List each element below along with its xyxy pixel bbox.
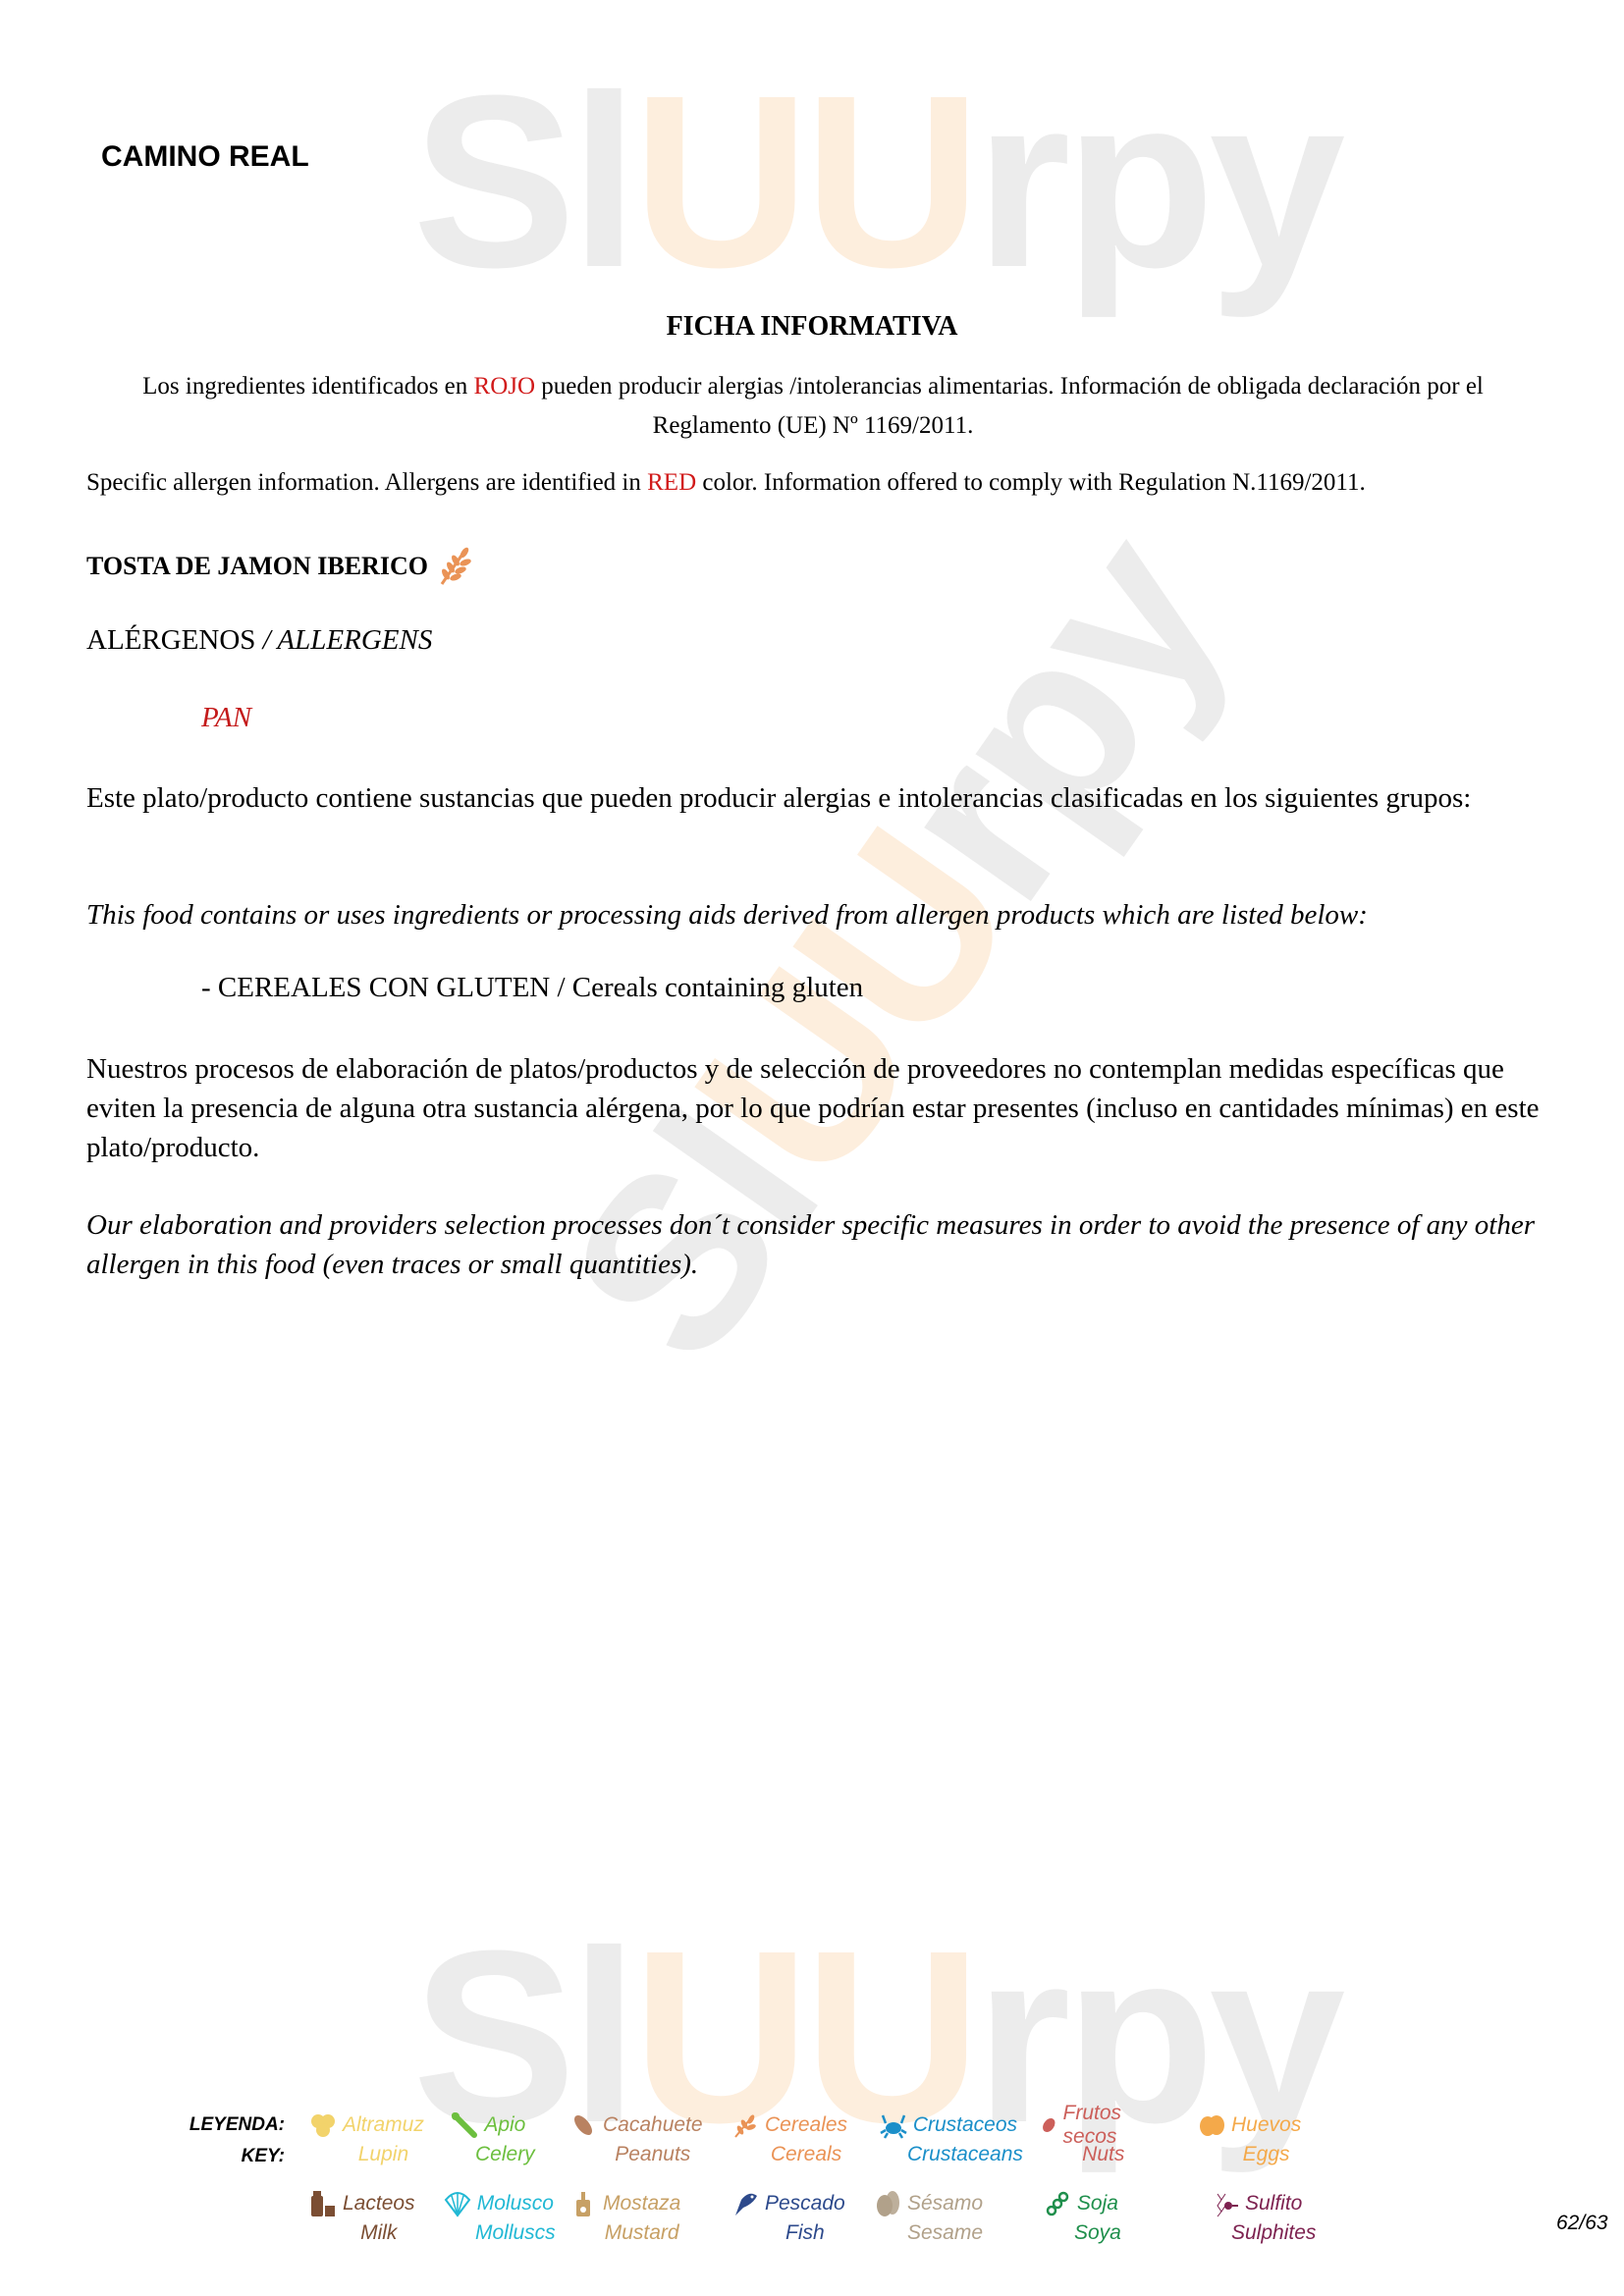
legend-item-sesame: SésamoSesame	[874, 2189, 983, 2248]
egg-icon	[1198, 2111, 1225, 2139]
legend-item-mustard: MostazaMustard	[569, 2189, 680, 2248]
watermark-logo-top: SlUUrpy	[412, 59, 1339, 304]
legend-label-en: Sesame	[874, 2218, 983, 2248]
legend-item-cereals: CerealesCereals	[731, 2110, 847, 2169]
document-title: FICHA INFORMATIVA	[0, 311, 1624, 343]
legend-label-en: Molluscs	[442, 2218, 556, 2248]
legend-item-eggs: HuevosEggs	[1198, 2110, 1301, 2169]
legend-item-peanuts: CacahuetePeanuts	[569, 2110, 703, 2169]
legend-item-milk: LacteosMilk	[309, 2189, 415, 2248]
legend-item-sulphites: SulfitoSulphites	[1198, 2189, 1316, 2248]
fish-icon	[731, 2190, 759, 2217]
disclaimer-english: Our elaboration and providers selection …	[86, 1205, 1549, 1284]
soy-icon	[1044, 2190, 1071, 2217]
legend-label-es: Mostaza	[603, 2192, 680, 2216]
contains-text-spanish: Este plato/producto contiene sustancias …	[86, 778, 1549, 818]
intro-spanish: Los ingredientes identificados en ROJO p…	[86, 367, 1540, 446]
milk-icon	[309, 2190, 337, 2217]
legend-label-en: Eggs	[1210, 2140, 1290, 2169]
highlight-red-word: ROJO	[474, 373, 536, 400]
peanut-icon	[569, 2111, 597, 2139]
intro-english: Specific allergen information. Allergens…	[86, 469, 1366, 497]
crab-icon	[880, 2111, 907, 2139]
legend-label-en: Celery	[442, 2140, 535, 2169]
legend-label-es: Huevos	[1231, 2113, 1301, 2137]
highlight-red-word: RED	[647, 469, 696, 496]
allergen-ingredient: PAN	[201, 702, 251, 734]
celery-icon	[451, 2111, 478, 2139]
legend-label-en: Fish	[752, 2218, 825, 2248]
legend-item-fish: PescadoFish	[731, 2189, 845, 2248]
legend-label-es: Sésamo	[907, 2192, 983, 2216]
legend-label-en: Cereals	[737, 2140, 841, 2169]
legend-label-en: Lupin	[325, 2140, 408, 2169]
legend-label-es: Cereales	[765, 2113, 847, 2137]
legend-label-es: Altramuz	[343, 2113, 424, 2137]
contains-text-english: This food contains or uses ingredients o…	[86, 895, 1549, 934]
legend-label-en: Peanuts	[581, 2140, 690, 2169]
restaurant-name: CAMINO REAL	[101, 140, 309, 174]
sulphite-icon	[1212, 2190, 1239, 2217]
legend-item-molluscs: MoluscoMolluscs	[442, 2189, 556, 2248]
wheat-icon	[438, 547, 473, 586]
legend-item-soya: SojaSoya	[1041, 2189, 1121, 2248]
allergens-heading: ALÉRGENOS / ALLERGENS	[86, 624, 432, 657]
legend-label-es: Crustaceos	[913, 2113, 1017, 2137]
legend-label-en: Milk	[327, 2218, 397, 2248]
legend-label-en: Soya	[1041, 2218, 1121, 2248]
legend-label-es: Pescado	[765, 2192, 845, 2216]
dish-name: TOSTA DE JAMON IBERICO	[86, 552, 428, 581]
dish-heading: TOSTA DE JAMON IBERICO	[86, 547, 473, 586]
legend-item-nuts: Frutos secosNuts	[1041, 2110, 1133, 2169]
legend-label-es: LEYENDA:	[177, 2110, 285, 2140]
legend-label-en: Nuts	[1049, 2140, 1124, 2169]
legend-label-en: Mustard	[571, 2218, 679, 2248]
lupin-icon	[309, 2111, 337, 2139]
legend-label-es: Lacteos	[343, 2192, 415, 2216]
legend-label-en: Crustaceans	[874, 2140, 1023, 2169]
allergen-group-item: - CEREALES CON GLUTEN / Cereals containi…	[201, 972, 863, 1004]
page-number: 62/63	[1556, 2212, 1608, 2235]
disclaimer-spanish: Nuestros procesos de elaboración de plat…	[86, 1049, 1549, 1167]
legend-item-crustaceans: CrustaceosCrustaceans	[874, 2110, 1023, 2169]
wheat-icon	[731, 2111, 759, 2139]
nut-icon	[1041, 2111, 1057, 2139]
legend-label-es: Molusco	[477, 2192, 554, 2216]
legend-item-lupin: AltramuzLupin	[309, 2110, 424, 2169]
legend-item-celery: ApioCelery	[442, 2110, 535, 2169]
sesame-icon	[874, 2190, 901, 2217]
mustard-icon	[569, 2190, 597, 2217]
legend-label-es: Sulfito	[1245, 2192, 1302, 2216]
legend-label-en: Sulphites	[1198, 2218, 1316, 2248]
legend-label-es: Soja	[1077, 2192, 1118, 2216]
legend-label-en: KEY:	[177, 2142, 285, 2171]
legend-label-es: Apio	[484, 2113, 525, 2137]
legend-label-es: Cacahuete	[603, 2113, 703, 2137]
shell-icon	[444, 2190, 471, 2217]
